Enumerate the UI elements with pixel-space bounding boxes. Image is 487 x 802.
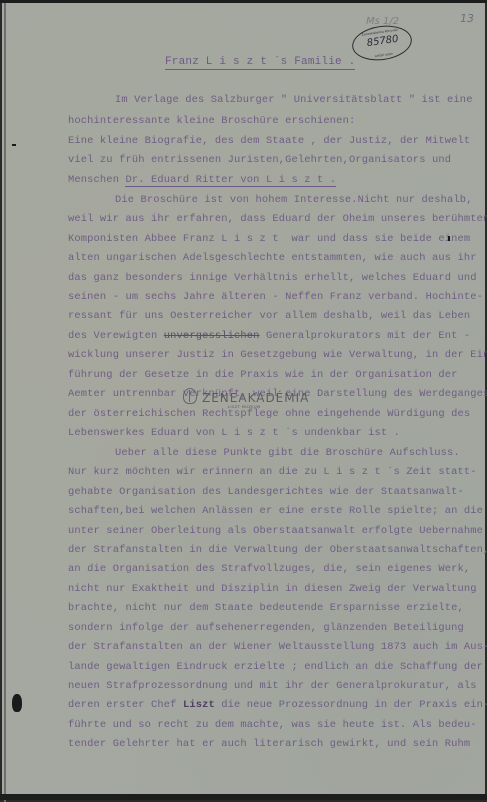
text-line: unter seiner Oberleitung als Oberstaatsa… [68, 525, 483, 537]
text-segment: Generalprokurators mit der Ent - [260, 330, 471, 342]
text-line: wicklung unserer Justiz in Gesetzgebung … [68, 349, 487, 361]
text-line: Menschen Dr. Eduard Ritter von L i s z t… [68, 174, 336, 186]
text-line: an die Organisation des Strafvollzuges, … [68, 563, 470, 575]
watermark-text: ZENEAKADÉMIA [202, 391, 309, 405]
stamp-number: 85780 [366, 34, 399, 49]
text-line: der Strafanstalten in die Verwaltung der… [68, 544, 487, 556]
text-line: ressant für uns Oesterreicher vor allem … [68, 310, 470, 322]
text-line: führte und so recht zu dem machte, was s… [68, 719, 477, 731]
text-line: Eine kleine Biografie, des dem Staate , … [68, 135, 470, 147]
text-line: lande gewaltigen Eindruck erzielte ; end… [68, 661, 483, 673]
margin-mark [12, 144, 16, 146]
library-stamp: Zeneakadémia Könyvtár 85780 Leltári szám [350, 22, 414, 64]
page-number: 13 [460, 12, 474, 25]
text-line: hochinteressante kleine Broschüre erschi… [68, 115, 355, 127]
text-line: führung der Gesetze in die Praxis wie in… [68, 369, 458, 381]
text-line: neuen Strafprozessordnung und mit ihr de… [68, 680, 477, 692]
page-edge [4, 2, 6, 800]
struck-word: unvergesslichen [164, 330, 260, 342]
harp-logo-icon [183, 388, 197, 404]
text-line: gehabte Organisation des Landesgerichtes… [68, 486, 464, 498]
scan-border-bottom [0, 794, 487, 800]
stamp-bottom-text: Leltári szám [374, 52, 393, 58]
text-segment: des Verewigten [68, 330, 164, 342]
text-segment: deren erster Chef [68, 699, 183, 711]
punch-hole-mark [12, 694, 22, 712]
text-line: sondern infolge der aufsehenerregenden, … [68, 622, 464, 634]
text-line: das ganz besonders innige Verhältnis erh… [68, 272, 477, 284]
text-line: alten ungarischen Adelsgeschlechte entst… [68, 252, 477, 264]
margin-mark [448, 236, 450, 241]
text-line: deren erster Chef Liszt die neue Prozess… [68, 699, 487, 711]
text-line: des Verewigten unvergesslichen Generalpr… [68, 330, 470, 342]
text-line: der Strafanstalten an der Wiener Weltaus… [68, 641, 487, 653]
text-line: viel zu früh entrissenen Juristen,Gelehr… [68, 154, 451, 166]
text-line: der österreichischen Rechtspflege ohne e… [68, 408, 470, 420]
text-line: Im Verlage des Salzburger " Universitäts… [115, 94, 473, 106]
text-line: seinen - um sechs Jahre älteren - Neffen… [68, 291, 483, 303]
text-line: Komponisten Abbee Franz L i s z t war un… [68, 233, 470, 245]
text-line: weil wir aus ihr erfahren, dass Eduard d… [68, 213, 487, 225]
document-title: Franz L i s z t ´s Familie . [165, 56, 355, 70]
watermark-subtext: LISZT MÚZEUM [228, 405, 261, 409]
text-segment: die neue Prozessordnung in der Praxis ei… [215, 699, 487, 711]
underlined-name: Dr. Eduard Ritter von L i s z t . [125, 174, 336, 187]
document-page: Ms 1/2 13 Zeneakadémia Könyvtár 85780 Le… [2, 2, 485, 794]
text-line: brachte, nicht nur dem Staate bedeutende… [68, 602, 464, 614]
text-line: schaften,bei welchen Anlässen er eine er… [68, 505, 483, 517]
text-segment: Menschen [68, 174, 125, 186]
text-line: Die Broschüre ist von hohem Interesse.Ni… [115, 194, 473, 206]
text-line: Lebenswerkes Eduard von L i s z t ´s und… [68, 427, 400, 439]
scan-border-top [0, 0, 487, 3]
text-line: Ueber alle diese Punkte gibt die Broschü… [115, 447, 460, 459]
emphasized-name: Liszt [183, 699, 215, 711]
text-line: nicht nur Exaktheit und Disziplin in die… [68, 583, 477, 595]
text-line: Nur kurz möchten wir erinnern an die zu … [68, 466, 477, 478]
text-line: tender Gelehrter hat er auch literarisch… [68, 738, 470, 750]
